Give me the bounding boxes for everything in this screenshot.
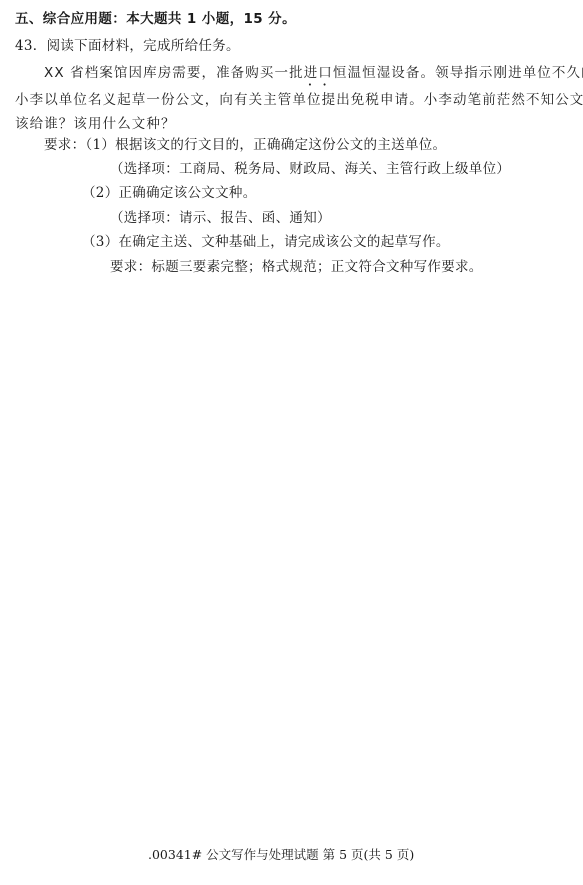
requirement-3: （3）在确定主送、文种基础上，请完成该公文的起草写作。	[82, 233, 450, 251]
requirement-1: 要求：（1）根据该文的行文目的，正确确定这份公文的主送单位。	[44, 136, 446, 154]
requirement-2: （2）正确确定该公文文种。	[82, 184, 257, 202]
requirement-3-detail: 要求：标题三要素完整；格式规范；正文符合文种写作要求。	[110, 258, 483, 276]
page-footer: .00341# 公文写作与处理试题 第 5 页(共 5 页)	[148, 847, 414, 863]
question-number-line: 43．阅读下面材料，完成所给任务。	[15, 37, 240, 55]
requirement-1-options: （选择项：工商局、税务局、财政局、海关、主管行政上级单位）	[110, 160, 510, 178]
material-line-3: 该给谁？该用什么文种？	[15, 115, 176, 133]
section-heading: 五、综合应用题：本大题共 1 小题，15 分。	[15, 10, 296, 28]
material-line-1-part-b: 恒温恒湿设备。领导指示刚进单位不久的	[333, 65, 583, 81]
material-line-1-part-a: XX 省档案馆因库房需要，准备购买一批	[44, 65, 304, 81]
material-line-2: 小李以单位名义起草一份公文，向有关主管单位提出免税申请。小李动笔前茫然不知公文	[15, 91, 583, 109]
requirement-2-options: （选择项：请示、报告、函、通知）	[110, 209, 331, 227]
material-line-1: XX 省档案馆因库房需要，准备购买一批进口恒温恒湿设备。领导指示刚进单位不久的	[44, 64, 583, 89]
emphasized-text: 进口	[304, 65, 333, 81]
